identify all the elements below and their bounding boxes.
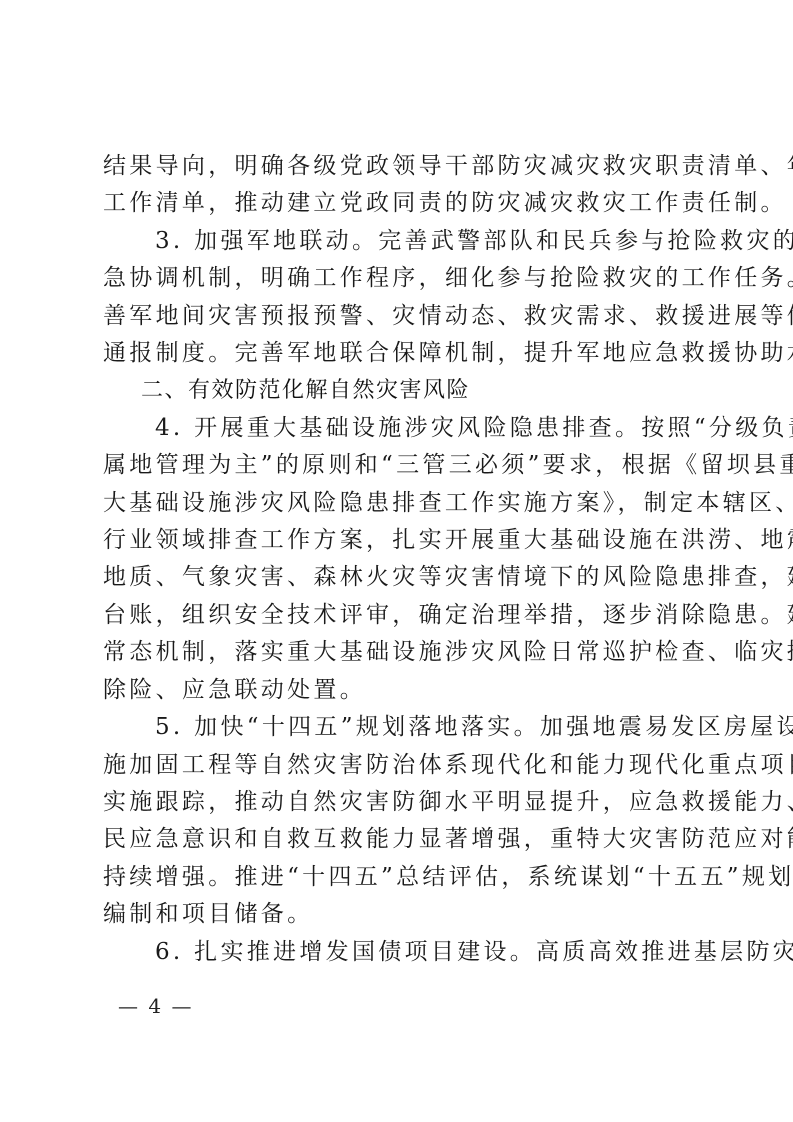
- text-line: 通报制度。完善军地联合保障机制，提升军地应急救援协助水平。: [103, 335, 691, 372]
- heading-text: 二、有效防范化解自然灾害风险: [103, 372, 691, 409]
- document-page: 结果导向，明确各级党政领导干部防灾减灾救灾职责清单、年度 工作清单，推动建立党政…: [103, 148, 691, 971]
- text-line: 民应急意识和自救互救能力显著增强，重特大灾害防范应对能力: [103, 821, 691, 858]
- paragraph-item-6: 6. 扎实推进增发国债项目建设。高质高效推进基层防灾项: [103, 934, 691, 971]
- text-line: 结果导向，明确各级党政领导干部防灾减灾救灾职责清单、年度: [103, 148, 691, 185]
- paragraph-continuation: 结果导向，明确各级党政领导干部防灾减灾救灾职责清单、年度 工作清单，推动建立党政…: [103, 148, 691, 223]
- text-line: 善军地间灾害预报预警、灾情动态、救灾需求、救援进展等信息: [103, 298, 691, 335]
- text-line: 实施跟踪，推动自然灾害防御水平明显提升，应急救援能力、全: [103, 784, 691, 821]
- page-number: — 4 —: [118, 994, 193, 1018]
- text-line: 4. 开展重大基础设施涉灾风险隐患排查。按照“分级负责、: [103, 410, 691, 447]
- text-line: 台账，组织安全技术评审，确定治理举措，逐步消除隐患。建立: [103, 597, 691, 634]
- paragraph-item-3-body: 急协调机制，明确工作程序，细化参与抢险救灾的工作任务。完 善军地间灾害预报预警、…: [103, 260, 691, 372]
- text-line: 持续增强。推进“十四五”总结评估，系统谋划“十五五”规划: [103, 859, 691, 896]
- text-line: 急协调机制，明确工作程序，细化参与抢险救灾的工作任务。完: [103, 260, 691, 297]
- paragraph-item-5: 5. 加快“十四五”规划落地落实。加强地震易发区房屋设: [103, 709, 691, 746]
- text-line: 工作清单，推动建立党政同责的防灾减灾救灾工作责任制。: [103, 185, 691, 222]
- text-line: 编制和项目储备。: [103, 896, 691, 933]
- text-line: 大基础设施涉灾风险隐患排查工作实施方案》，制定本辖区、本: [103, 485, 691, 522]
- text-line: 常态机制，落实重大基础设施涉灾风险日常巡护检查、临灾排危: [103, 634, 691, 671]
- paragraph-item-4: 4. 开展重大基础设施涉灾风险隐患排查。按照“分级负责、: [103, 410, 691, 447]
- text-line: 行业领域排查工作方案，扎实开展重大基础设施在洪涝、地震、: [103, 522, 691, 559]
- text-line: 属地管理为主”的原则和“三管三必须”要求，根据《留坝县重: [103, 447, 691, 484]
- text-line: 6. 扎实推进增发国债项目建设。高质高效推进基层防灾项: [103, 934, 691, 971]
- text-line: 地质、气象灾害、森林火灾等灾害情境下的风险隐患排查，建立: [103, 559, 691, 596]
- paragraph-item-4-body: 属地管理为主”的原则和“三管三必须”要求，根据《留坝县重 大基础设施涉灾风险隐患…: [103, 447, 691, 709]
- paragraph-item-3: 3. 加强军地联动。完善武警部队和民兵参与抢险救灾的应: [103, 223, 691, 260]
- section-heading: 二、有效防范化解自然灾害风险: [103, 372, 691, 409]
- paragraph-item-5-body: 施加固工程等自然灾害防治体系现代化和能力现代化重点项目 实施跟踪，推动自然灾害防…: [103, 747, 691, 934]
- text-line: 5. 加快“十四五”规划落地落实。加强地震易发区房屋设: [103, 709, 691, 746]
- text-line: 除险、应急联动处置。: [103, 672, 691, 709]
- text-line: 施加固工程等自然灾害防治体系现代化和能力现代化重点项目: [103, 747, 691, 784]
- text-line: 3. 加强军地联动。完善武警部队和民兵参与抢险救灾的应: [103, 223, 691, 260]
